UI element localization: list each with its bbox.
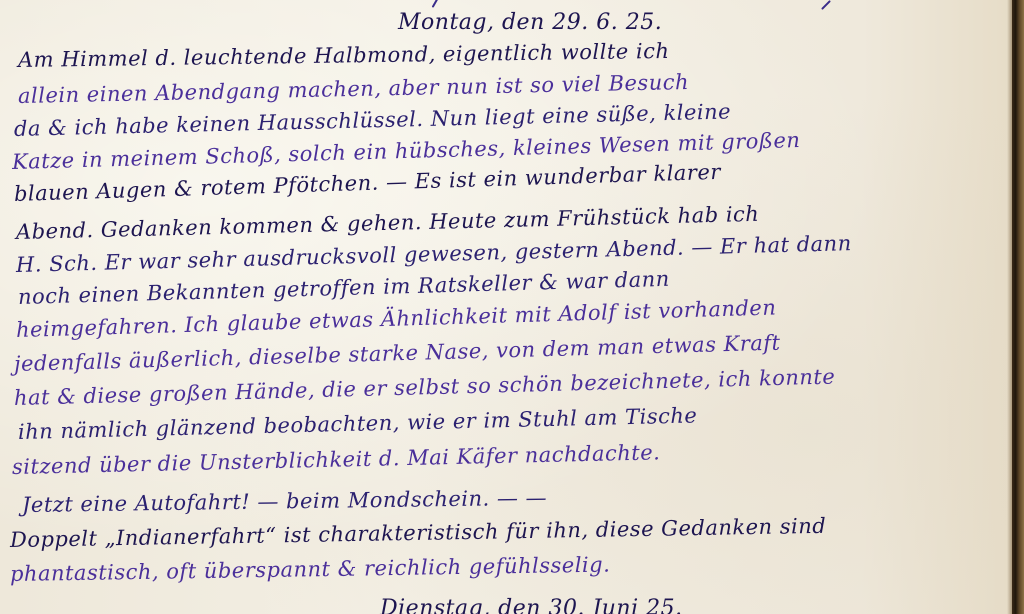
entry-date-heading: Montag, den 29. 6. 25. <box>398 10 662 35</box>
cropped-top-stroke <box>432 0 439 8</box>
diary-line: Am Himmel d. leuchtende Halbmond, eigent… <box>18 39 670 72</box>
cropped-top-stroke <box>821 0 831 10</box>
diary-page: Montag, den 29. 6. 25. Am Himmel d. leuc… <box>0 0 1014 614</box>
entry-date-heading: Dienstag, den 30. Juni 25. <box>380 596 683 614</box>
diary-line: Doppelt „Indianerfahrt“ ist charakterist… <box>10 514 827 552</box>
diary-line: Jetzt eine Autofahrt! — beim Mondschein.… <box>22 486 547 517</box>
diary-line: phantastisch, oft überspannt & reichlich… <box>10 553 611 586</box>
book-spine <box>1012 0 1024 614</box>
diary-line: ihn nämlich glänzend beobachten, wie er … <box>18 403 698 444</box>
diary-line: sitzend über die Unsterblichkeit d. Mai … <box>12 440 661 479</box>
